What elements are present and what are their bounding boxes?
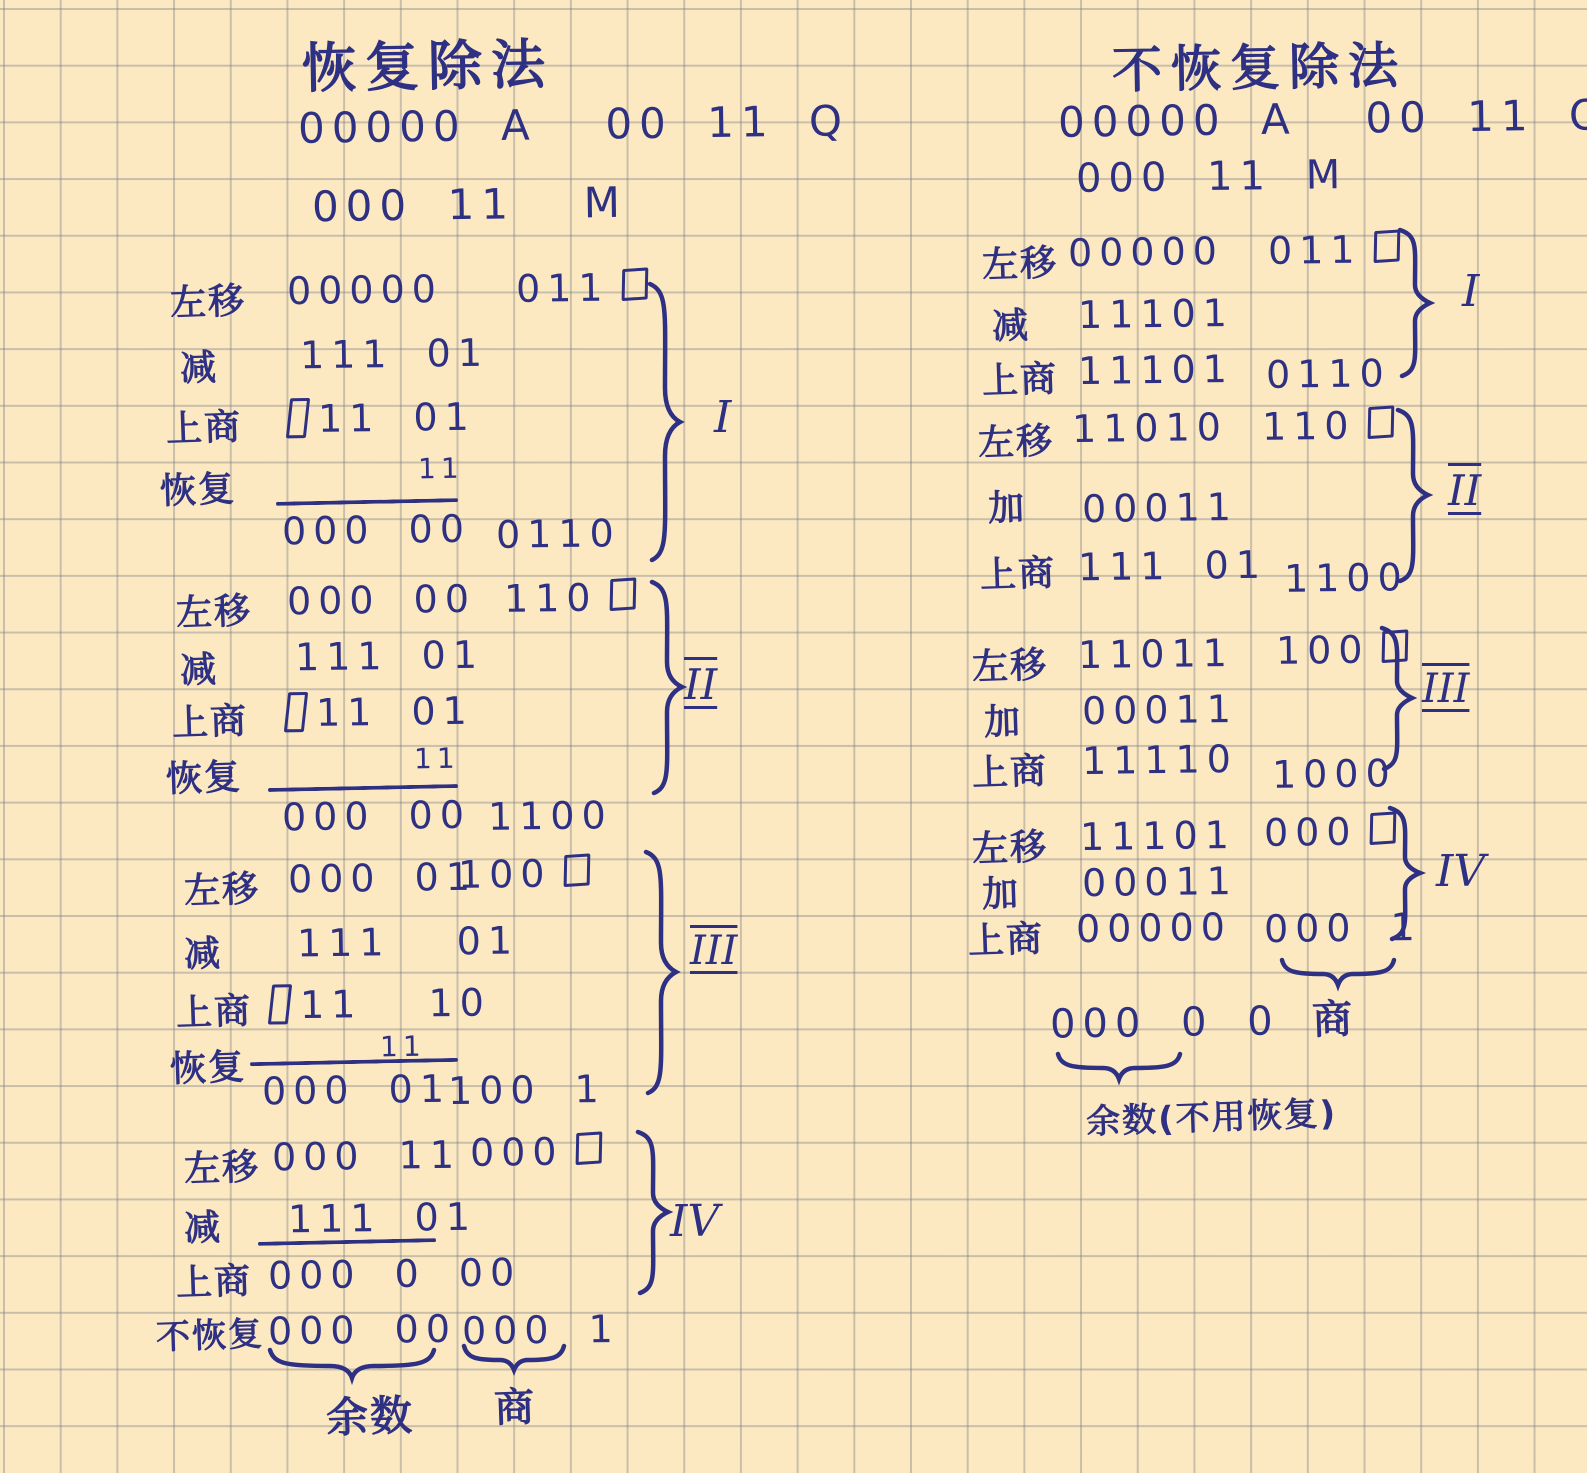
right-b4-add-label: 加	[981, 865, 1021, 917]
right-b3-setq-label: 上商	[971, 743, 1049, 797]
left-b4-shift-label: 左移	[183, 1139, 261, 1193]
left-b2-quotient-bits: 110	[504, 576, 598, 621]
right-b2-brace	[1396, 408, 1434, 587]
right-b3-section-numeral: III	[1422, 666, 1469, 712]
right-dividend-line: 00000 A 00 11 Q	[1058, 90, 1587, 147]
left-b4-sub-value: 111 01	[288, 1195, 478, 1242]
right-b2-section-numeral: II	[1448, 466, 1481, 515]
right-b3-add-value: 00011	[1082, 687, 1238, 733]
right-b2-quotient: 110	[1262, 403, 1394, 449]
right-b4-setq-value: 00000	[1076, 905, 1232, 951]
restore-box	[284, 692, 308, 732]
left-b3-quotient-bits: 100	[458, 852, 552, 897]
left-b1-restore-label: 恢复	[159, 461, 237, 515]
left-b3-setq-bits: 11 10	[300, 980, 491, 1027]
left-b1-quotient: 011	[516, 265, 648, 311]
right-b4-brace	[1388, 806, 1426, 945]
left-b3-result: 000 01	[262, 1067, 452, 1114]
left-b2-result: 000 00	[282, 793, 472, 840]
right-b2-quotient-bits: 110	[1262, 404, 1356, 449]
empty-bit-box	[1367, 405, 1394, 439]
left-b4-final-remainder: 000 00	[268, 1307, 458, 1354]
left-b1-section-numeral: I	[714, 392, 731, 443]
left-b4-quotient-bits: 000	[470, 1130, 564, 1175]
restore-box	[268, 984, 292, 1024]
left-remainder-label: 余数	[325, 1382, 415, 1445]
right-b1-sub-value: 11101	[1078, 291, 1234, 337]
left-b3-quotient: 100	[458, 851, 590, 897]
right-quotient-label: 商	[1311, 987, 1355, 1045]
right-b1-section-numeral: I	[1462, 266, 1479, 317]
left-b3-shift-value: 000 01	[288, 855, 478, 902]
right-b2-add-value: 00011	[1082, 485, 1238, 531]
right-b4-quotient-bits: 000	[1264, 810, 1358, 855]
left-b4-shift-value: 000 11	[272, 1133, 462, 1180]
left-b4-quotient: 000	[470, 1129, 602, 1175]
right-b3-shift-value: 11011	[1078, 631, 1234, 677]
left-b2-setq-value: 11 01	[286, 689, 474, 736]
left-b1-brace	[648, 282, 686, 566]
left-b2-restore-label: 恢复	[165, 749, 243, 803]
empty-bit-box	[621, 267, 648, 301]
right-b1-setq-value: 11101	[1078, 347, 1234, 393]
right-b1-shift-label: 左移	[981, 235, 1059, 289]
right-b4-section-numeral: IV	[1436, 846, 1485, 897]
left-b4-brace	[636, 1130, 674, 1299]
right-b4-setq-label: 上商	[967, 911, 1045, 965]
right-b3-add-label: 加	[983, 693, 1023, 745]
right-b4-shift-label: 左移	[971, 819, 1049, 873]
right-b2-setq-quotient: 1100	[1284, 555, 1409, 601]
right-b1-sub-label: 减	[991, 297, 1031, 349]
right-b4-shift-value: 11101	[1080, 813, 1236, 859]
graph-paper-notes: { "colors": {"paper": "#fce9c1", "grid_l…	[0, 0, 1587, 1473]
left-b3-section-numeral: III	[690, 928, 737, 974]
right-b1-brace	[1398, 228, 1436, 382]
left-b1-sub-label: 减	[179, 339, 219, 391]
left-b4-sub-label: 减	[183, 1199, 223, 1251]
left-quotient-label: 商	[493, 1375, 537, 1433]
left-title: 恢复除法	[301, 22, 554, 103]
left-quotient-underbrace	[462, 1344, 568, 1376]
left-b2-result-quotient: 1100	[488, 793, 613, 839]
right-remainder-label: 余数(不用恢复)	[1085, 1086, 1338, 1144]
left-b4-result: 000 0 00	[268, 1250, 522, 1298]
left-b2-sum-line	[268, 784, 458, 792]
right-remainder-underbrace	[1056, 1052, 1184, 1085]
left-b1-shift-value: 00000	[287, 267, 443, 313]
left-b2-quotient: 110	[504, 575, 636, 621]
left-b2-shift-value: 000 00	[287, 577, 477, 624]
right-b3-brace	[1380, 626, 1418, 775]
empty-bit-box	[563, 853, 590, 887]
right-b1-setq-label: 上商	[981, 351, 1059, 405]
left-b3-setq-label: 上商	[175, 983, 253, 1037]
left-b1-quotient-bits: 011	[516, 266, 610, 311]
right-title: 不恢复除法	[1111, 25, 1407, 102]
left-b1-sum-line	[276, 498, 458, 506]
right-b1-quotient-bits: 011	[1268, 228, 1362, 273]
empty-bit-box	[609, 577, 636, 611]
left-b3-restore-label: 恢复	[169, 1039, 247, 1093]
left-b1-setq-label: 上商	[165, 399, 243, 453]
left-b3-sub-label: 减	[183, 925, 223, 977]
right-divisor-line: 000 11 M	[1076, 152, 1348, 202]
right-remainder-value: 000 0 0	[1050, 998, 1280, 1047]
right-b2-setq-label: 上商	[979, 545, 1057, 599]
right-b2-shift-label: 左移	[977, 413, 1055, 467]
left-b2-carry: 11	[414, 742, 460, 776]
left-b2-section-numeral: II	[684, 660, 717, 709]
left-b3-brace	[644, 850, 682, 1099]
left-b1-result-quotient: 0110	[496, 511, 621, 557]
right-b4-add-value: 00011	[1082, 859, 1238, 905]
right-b1-quotient: 011	[1268, 227, 1400, 273]
left-b2-shift-label: 左移	[175, 583, 253, 637]
left-b4-sum-line	[258, 1238, 436, 1246]
left-b1-carry: 11	[418, 452, 464, 486]
right-b2-add-label: 加	[987, 479, 1027, 531]
right-b3-shift-label: 左移	[971, 637, 1049, 691]
left-dividend-line: 00000 A 00 11 Q	[298, 96, 850, 153]
left-b4-setq-label: 上商	[175, 1253, 253, 1307]
left-b4-norestore-label: 不恢复	[155, 1306, 265, 1359]
left-b1-sub-value: 111 01	[300, 331, 490, 378]
right-b1-setq-quotient: 0110	[1266, 351, 1391, 397]
left-remainder-underbrace	[268, 1348, 438, 1384]
left-b2-sub-label: 减	[179, 641, 219, 693]
right-b3-quotient-bits: 100	[1276, 628, 1370, 673]
right-b2-shift-value: 11010	[1072, 405, 1228, 451]
right-b1-shift-value: 00000	[1068, 229, 1224, 275]
right-b3-setq-value: 11110	[1082, 737, 1238, 783]
empty-bit-box	[575, 1131, 602, 1165]
left-b2-sub-value: 111 01	[295, 633, 485, 680]
right-b2-setq-value: 111 01	[1078, 543, 1268, 590]
left-b3-result-quotient: 100 1	[448, 1067, 606, 1113]
left-b1-shift-label: 左移	[169, 273, 247, 327]
left-b1-setq-value: 11 01	[288, 395, 476, 442]
left-b3-shift-label: 左移	[183, 861, 261, 915]
left-b1-result: 000 00	[282, 507, 472, 554]
right-b4-quotient: 000	[1264, 809, 1396, 855]
empty-bit-box	[1373, 229, 1400, 263]
left-b4-section-numeral: IV	[670, 1196, 719, 1247]
left-b2-brace	[650, 580, 688, 799]
left-b3-sum-line	[250, 1058, 458, 1066]
left-b2-setq-label: 上商	[171, 693, 249, 747]
left-b1-setq-bits: 11 01	[318, 395, 476, 441]
right-b3-setq-quotient: 1000	[1272, 751, 1397, 797]
left-b3-setq-value: 11 10	[270, 980, 491, 1027]
right-quotient-underbrace	[1280, 958, 1398, 991]
restore-box	[286, 398, 310, 438]
left-divisor-line: 000 11 M	[312, 178, 628, 231]
left-b2-setq-bits: 11 01	[316, 689, 474, 735]
left-b3-sub-value: 111 01	[297, 918, 520, 965]
